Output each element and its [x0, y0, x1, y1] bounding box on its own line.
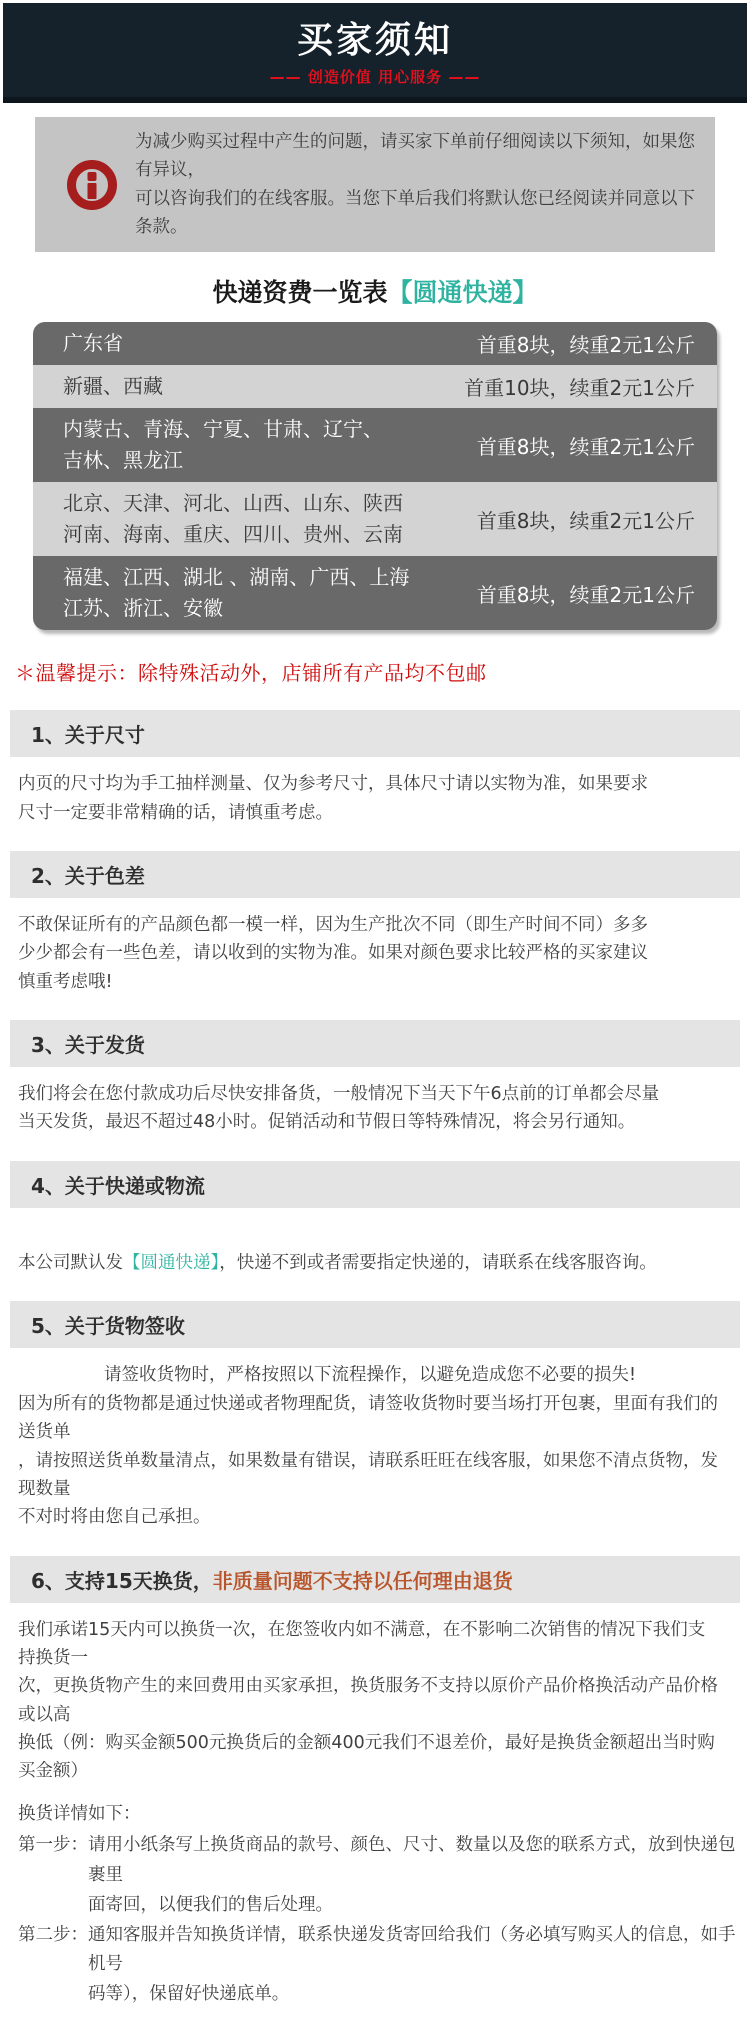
- exchange-intro: 换货详情如下：: [18, 1800, 738, 1830]
- rates-title-courier: 【圆通快递】: [388, 278, 538, 307]
- section-header-express: 4、关于快递或物流: [10, 1161, 740, 1208]
- row-region: 北京、天津、河北、山西、山东、陕西 河南、海南、重庆、四川、贵州、云南: [63, 488, 465, 550]
- step-text: 通知客服并告知换货详情，联系快递发货寄回给我们（务必填写购买人的信息，如手机号 …: [88, 1921, 738, 2010]
- step-label: 第一步：: [18, 1831, 88, 1861]
- table-row: 北京、天津、河北、山西、山东、陕西 河南、海南、重庆、四川、贵州、云南 首重8块…: [33, 482, 717, 556]
- section-header-delivery: 3、关于发货: [10, 1020, 740, 1067]
- section-body-delivery: 我们将会在您付款成功后尽快安排备货，一般情况下当天下午6点前的订单都会尽量 当天…: [18, 1080, 722, 1137]
- exchange-title-black: 6、支持15天换货，: [31, 1569, 213, 1593]
- row-region: 新疆、西藏: [63, 371, 452, 402]
- page-title: 买家须知: [3, 12, 747, 63]
- shipping-warning: ＊温馨提示：除特殊活动外，店铺所有产品均不包邮: [15, 657, 735, 686]
- row-region: 广东省: [63, 328, 465, 359]
- express-courier-name: 【圆通快递】: [123, 1253, 219, 1273]
- express-body-pre: 本公司默认发: [18, 1253, 123, 1273]
- banner-slogan: —— 创造价值 用心服务 ——: [3, 66, 747, 87]
- info-icon-stem: [88, 183, 97, 199]
- exchange-step-2: 第二步： 通知客服并告知换货详情，联系快递发货寄回给我们（务必填写购买人的信息，…: [18, 1921, 738, 2010]
- row-fee: 首重8块，续重2元1公斤: [465, 505, 695, 534]
- step-text: 请用小纸条写上换货商品的款号、颜色、尺寸、数量以及您的联系方式，放到快递包裹里 …: [88, 1831, 738, 1920]
- notice-text: 为减少购买过程中产生的问题，请买家下单前仔细阅读以下须知，如果您有异议， 可以咨…: [135, 128, 699, 241]
- exchange-details: 换货详情如下： 第一步： 请用小纸条写上换货商品的款号、颜色、尺寸、数量以及您的…: [18, 1800, 738, 2010]
- receipt-lead-text: 请签收货物时，严格按照以下流程操作，以避免造成您不必要的损失!: [18, 1361, 722, 1389]
- rates-table: 广东省 首重8块，续重2元1公斤 新疆、西藏 首重10块，续重2元1公斤 内蒙古…: [33, 322, 717, 630]
- row-region: 内蒙古、青海、宁夏、甘肃、辽宁、 吉林、黑龙江: [63, 414, 465, 476]
- table-row: 广东省 首重8块，续重2元1公斤: [33, 322, 717, 365]
- section-body-exchange: 我们承诺15天内可以换货一次，在您签收内如不满意，在不影响二次销售的情况下我们支…: [18, 1616, 722, 1786]
- notice-box: 为减少购买过程中产生的问题，请买家下单前仔细阅读以下须知，如果您有异议， 可以咨…: [35, 117, 715, 252]
- step-label: 第二步：: [18, 1921, 88, 1951]
- rates-title-text: 快递资费一览表: [212, 278, 387, 307]
- page-banner: 买家须知 —— 创造价值 用心服务 ——: [3, 3, 747, 103]
- section-body-size: 内页的尺寸均为手工抽样测量、仅为参考尺寸，具体尺寸请以实物为准，如果要求 尺寸一…: [18, 770, 722, 827]
- section-body-color: 不敢保证所有的产品颜色都一模一样，因为生产批次不同（即生产时间不同）多多 少少都…: [18, 911, 722, 996]
- section-header-receipt: 5、关于货物签收: [10, 1301, 740, 1348]
- row-fee: 首重8块，续重2元1公斤: [465, 579, 695, 608]
- row-fee: 首重8块，续重2元1公斤: [465, 431, 695, 460]
- section-header-color: 2、关于色差: [10, 851, 740, 898]
- express-body-post: ，快递不到或者需要指定快递的，请联系在线客服咨询。: [219, 1253, 657, 1273]
- row-fee: 首重10块，续重2元1公斤: [452, 372, 695, 401]
- rates-title: 快递资费一览表【圆通快递】: [0, 273, 750, 309]
- table-row: 新疆、西藏 首重10块，续重2元1公斤: [33, 365, 717, 408]
- table-row: 内蒙古、青海、宁夏、甘肃、辽宁、 吉林、黑龙江 首重8块，续重2元1公斤: [33, 408, 717, 482]
- exchange-title-orange: 非质量问题不支持以任何理由退货: [213, 1569, 513, 1593]
- section-header-exchange: 6、支持15天换货，非质量问题不支持以任何理由退货: [10, 1556, 740, 1603]
- table-row: 福建、江西、湖北 、湖南、广西、上海 江苏、浙江、安徽 首重8块，续重2元1公斤: [33, 556, 717, 630]
- section-body-receipt: 因为所有的货物都是通过快递或者物理配货，请签收货物时要当场打开包裹，里面有我们的…: [18, 1390, 722, 1532]
- info-icon-dot: [88, 172, 97, 181]
- row-region: 福建、江西、湖北 、湖南、广西、上海 江苏、浙江、安徽: [63, 562, 465, 624]
- exchange-step-1: 第一步： 请用小纸条写上换货商品的款号、颜色、尺寸、数量以及您的联系方式，放到快…: [18, 1831, 738, 1920]
- info-icon: [67, 160, 117, 210]
- section-body-express: 本公司默认发【圆通快递】，快递不到或者需要指定快递的，请联系在线客服咨询。: [18, 1221, 722, 1278]
- row-fee: 首重8块，续重2元1公斤: [465, 329, 695, 358]
- section-header-size: 1、关于尺寸: [10, 710, 740, 757]
